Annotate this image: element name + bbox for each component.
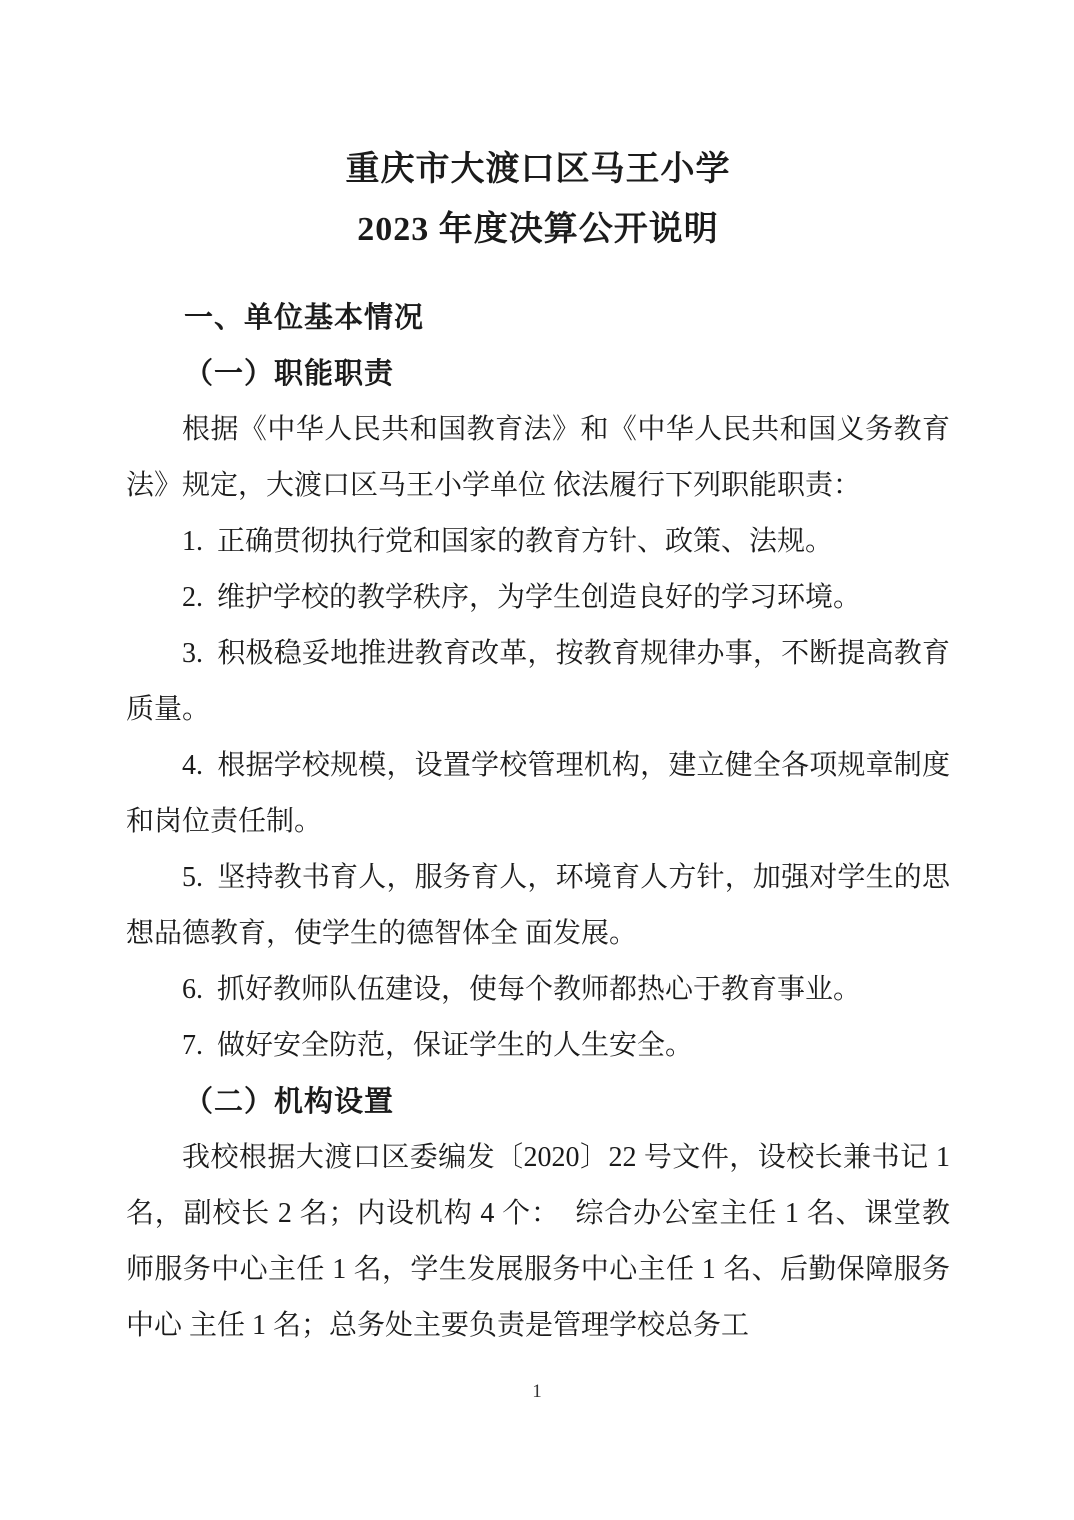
- duty-item-5: 5. 坚持教书育人，服务育人，环境育人方针，加强对学生的思想品德教育，使学生的德…: [126, 850, 950, 962]
- subsection-heading-organization-setup: （二）机构设置: [126, 1074, 950, 1130]
- page-number: 1: [0, 1378, 1074, 1406]
- duty-item-6: 6. 抓好教师队伍建设，使每个教师都热心于教育事业。: [126, 962, 950, 1018]
- paragraph-organization-setup: 我校根据大渡口区委编发〔2020〕22 号文件，设校长兼书记 1 名，副校长 2…: [126, 1130, 950, 1354]
- duty-item-2: 2. 维护学校的教学秩序，为学生创造良好的学习环境。: [126, 570, 950, 626]
- subsection-heading-duties: （一）职能职责: [126, 346, 950, 402]
- document-title-school-name: 重庆市大渡口区马王小学: [126, 140, 950, 200]
- document-page: 重庆市大渡口区马王小学 2023 年度决算公开说明 一、单位基本情况 （一）职能…: [0, 0, 1074, 1520]
- duty-item-4: 4. 根据学校规模，设置学校管理机构，建立健全各项规章制度和岗位责任制。: [126, 738, 950, 850]
- document-title-report-name: 2023 年度决算公开说明: [126, 200, 950, 260]
- duty-item-1: 1. 正确贯彻执行党和国家的教育方针、政策、法规。: [126, 514, 950, 570]
- duty-item-7: 7. 做好安全防范，保证学生的人生安全。: [126, 1018, 950, 1074]
- paragraph-legal-basis: 根据《中华人民共和国教育法》和《中华人民共和国义务教育法》规定，大渡口区马王小学…: [126, 402, 950, 514]
- section-heading-basic-information: 一、单位基本情况: [126, 290, 950, 346]
- duty-item-3: 3. 积极稳妥地推进教育改革，按教育规律办事，不断提高教育质量。: [126, 626, 950, 738]
